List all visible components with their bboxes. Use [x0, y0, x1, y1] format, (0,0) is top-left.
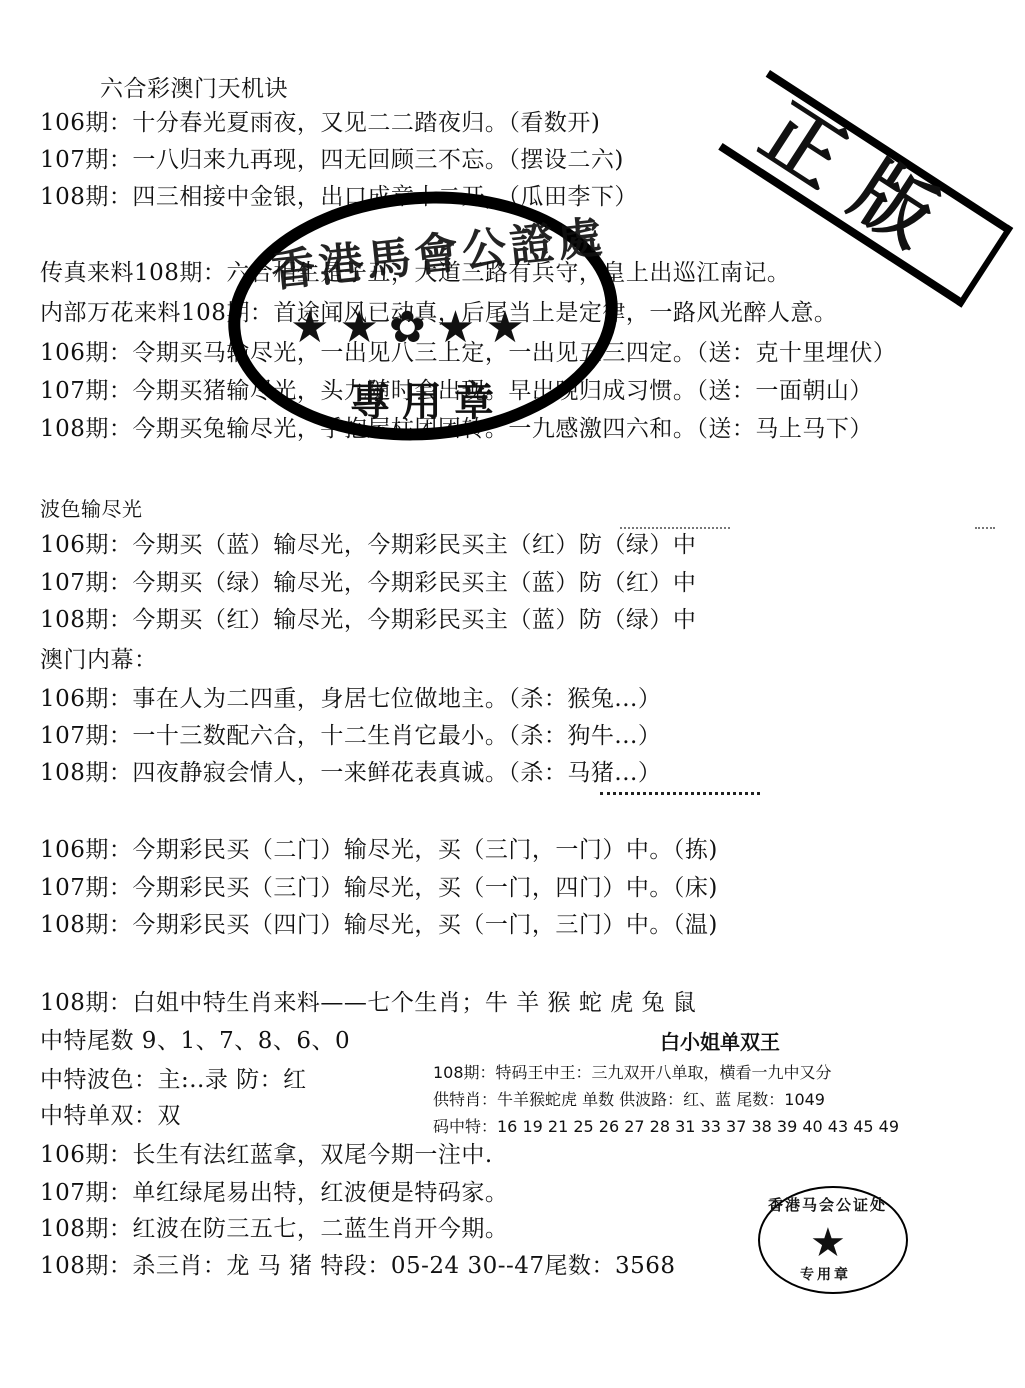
door-row: 107期：今期彩民买（三门）输尽光，买（一门，四门）中。（床) [40, 873, 718, 903]
box-title: 白小姐单双王 [660, 1026, 780, 1055]
tail-number-row: 中特尾数 9、1、7、8、6、0 [40, 1026, 350, 1056]
official-seal-subtitle: 專用章 [350, 370, 506, 427]
door-row: 106期：今期彩民买（二门）输尽光，买（三门，一门）中。（拣) [40, 835, 718, 865]
macau-row: 106期：事在人为二四重，身居七位做地主。（杀：猴兔...） [40, 684, 661, 714]
verse-row: 107期：单红绿尾易出特，红波便是特码家。 [40, 1178, 508, 1208]
verse-row: 107期：一八归来九再现，四无回顾三不忘。（摆设二六) [40, 145, 624, 175]
star-icons: ★★✿★★ [290, 302, 535, 353]
dotted-line [975, 527, 995, 529]
box-row: 码中特：16 19 21 25 26 27 28 31 33 37 38 39 … [433, 1116, 899, 1138]
small-seal-title: 香港马会公证处 [768, 1194, 887, 1215]
stamp-text: 正版 [746, 88, 975, 279]
wave-row: 106期：今期买（蓝）输尽光，今期彩民买主（红）防（绿）中 [40, 530, 696, 560]
box-row: 108期：特码王中王：三九双开八单取，横看一九中又分 [433, 1062, 832, 1084]
wave-row: 107期：今期买（绿）输尽光，今期彩民买主（蓝）防（红）中 [40, 568, 696, 598]
macau-row: 108期：四夜静寂会情人，一来鲜花表真诚。（杀：马猪...） [40, 758, 661, 788]
wave-row: 108期：今期买（红）输尽光，今期彩民买主（蓝）防（绿）中 [40, 605, 696, 635]
door-row: 108期：今期彩民买（四门）输尽光，买（一门，三门）中。（温) [40, 910, 718, 940]
macau-row: 107期：一十三数配六合，十二生肖它最小。（杀：狗牛...） [40, 721, 661, 751]
box-row: 供特肖：牛羊猴蛇虎 单数 供波路：红、蓝 尾数：1049 [433, 1089, 825, 1111]
verse-row: 106期：长生有法红蓝拿，双尾今期一注中. [40, 1140, 493, 1170]
wave-color-row: 中特波色：主:..录 防：红 [40, 1065, 307, 1095]
verse-row: 108期：红波在防三五七，二蓝生肖开今期。 [40, 1214, 508, 1244]
small-seal-subtitle: 专用章 [800, 1264, 851, 1284]
section-heading-wave-color: 波色输尽光 [40, 494, 143, 524]
dotted-line [620, 527, 730, 529]
section-heading-macau: 澳门内幕： [40, 645, 158, 675]
kill-zodiac-row: 108期：杀三肖：龙 马 猪 特段：05-24 30--47尾数：3568 [40, 1251, 676, 1281]
page-title: 六合彩澳门天机诀 [100, 74, 288, 104]
zodiac-row: 108期：白姐中特生肖来料——七个生肖；牛 羊 猴 蛇 虎 兔 鼠 [40, 988, 696, 1018]
odd-even-row: 中特单双：双 [40, 1101, 181, 1131]
star-icon: ★ [810, 1220, 846, 1266]
verse-row: 106期：十分春光夏雨夜，又见二二踏夜归。（看数开) [40, 108, 600, 138]
scan-artifact [600, 792, 760, 795]
